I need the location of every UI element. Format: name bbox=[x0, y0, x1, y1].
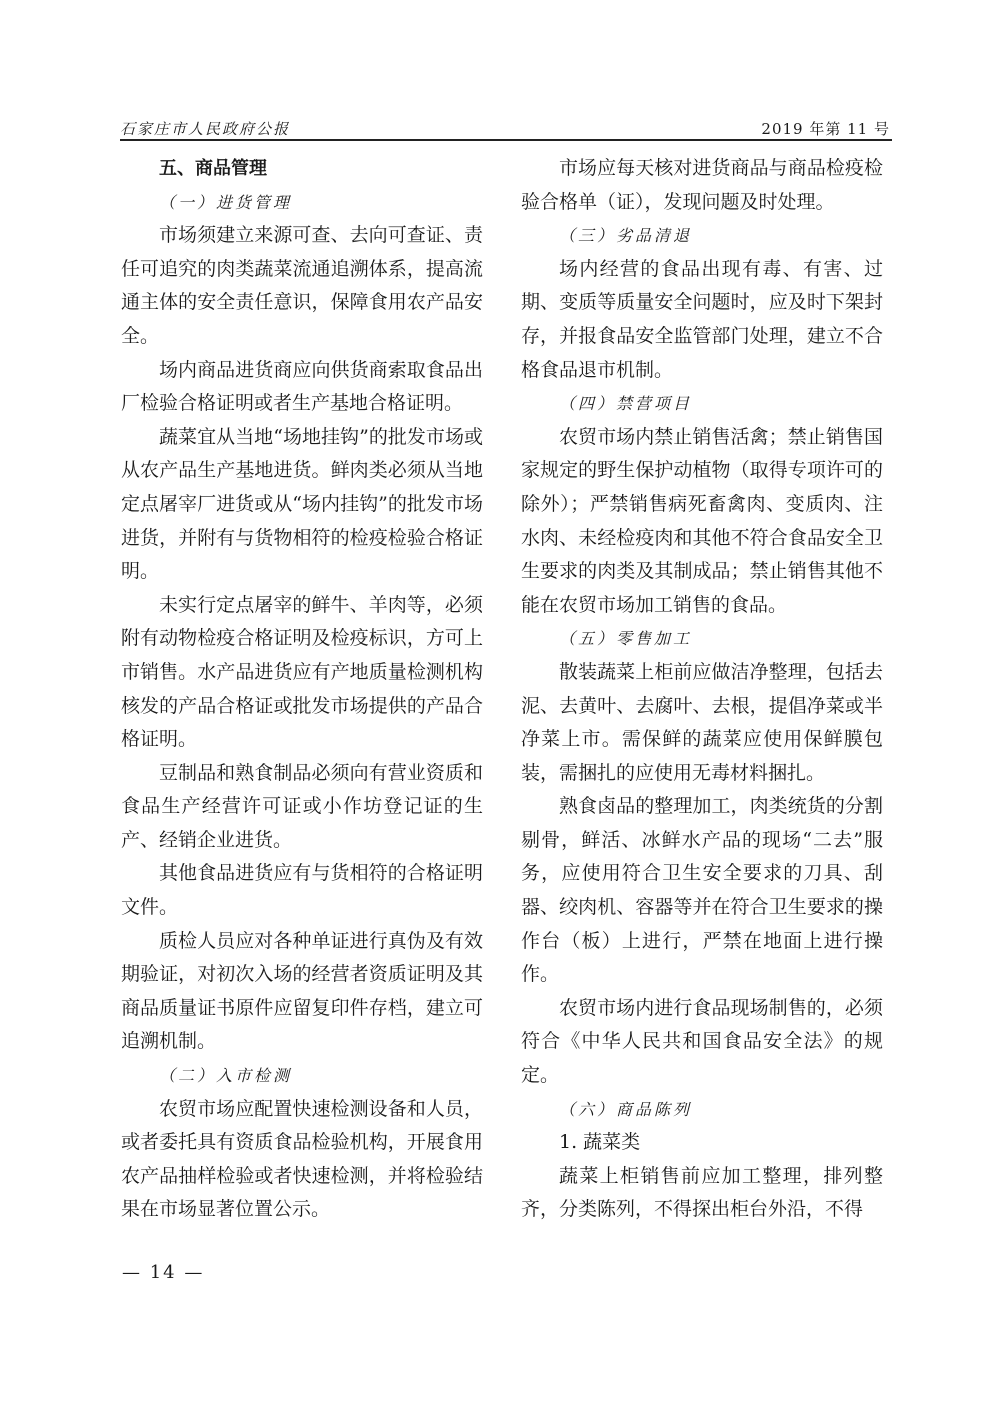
paragraph: 蔬菜宜从当地“场地挂钩”的批发市场或从农产品生产基地进货。鲜肉类必须从当地定点屠… bbox=[121, 421, 483, 589]
page-number: — 14 — bbox=[122, 1262, 204, 1283]
item-title-vegetables: 1. 蔬菜类 bbox=[521, 1126, 883, 1160]
paragraph: 市场须建立来源可查、去向可查证、责任可追究的肉类蔬菜流通追溯体系，提高流通主体的… bbox=[121, 219, 483, 353]
paragraph: 质检人员应对各种单证进行真伪及有效期验证，对初次入场的经营者资质证明及其商品质量… bbox=[121, 925, 483, 1059]
subsection-title-inspection: （二）入市检测 bbox=[121, 1059, 483, 1093]
left-column: 五、商品管理 （一）进货管理 市场须建立来源可查、去向可查证、责任可追究的肉类蔬… bbox=[121, 152, 483, 1227]
paragraph: 蔬菜上柜销售前应加工整理，排列整齐，分类陈列，不得探出柜台外沿，不得 bbox=[521, 1160, 883, 1227]
page-header: 石家庄市人民政府公报 2019 年第 11 号 bbox=[120, 114, 890, 142]
paragraph: 场内商品进货商应向供货商索取食品出厂检验合格证明或者生产基地合格证明。 bbox=[121, 354, 483, 421]
paragraph: 未实行定点屠宰的鲜牛、羊肉等，必须附有动物检疫合格证明及检疫标识，方可上市销售。… bbox=[121, 589, 483, 757]
header-divider bbox=[120, 139, 892, 141]
subsection-title-retail: （五）零售加工 bbox=[521, 622, 883, 656]
section-title: 五、商品管理 bbox=[121, 152, 483, 186]
issue-number: 2019 年第 11 号 bbox=[761, 118, 890, 139]
paragraph: 熟食卤品的整理加工，肉类统货的分割剔骨，鲜活、冰鲜水产品的现场“二去”服务，应使… bbox=[521, 790, 883, 992]
subsection-title-prohibited: （四）禁营项目 bbox=[521, 387, 883, 421]
paragraph: 农贸市场内禁止销售活禽；禁止销售国家规定的野生保护动植物（取得专项许可的除外）；… bbox=[521, 421, 883, 623]
paragraph: 农贸市场应配置快速检测设备和人员，或者委托具有资质食品检验机构，开展食用农产品抽… bbox=[121, 1093, 483, 1227]
paragraph: 豆制品和熟食制品必须向有营业资质和食品生产经营许可证或小作坊登记证的生产、经销企… bbox=[121, 757, 483, 858]
right-column: 市场应每天核对进货商品与商品检疫检验合格单（证），发现问题及时处理。 （三）劣品… bbox=[521, 152, 883, 1227]
paragraph: 散装蔬菜上柜前应做洁净整理，包括去泥、去黄叶、去腐叶、去根，提倡净菜或半净菜上市… bbox=[521, 656, 883, 790]
paragraph: 农贸市场内进行食品现场制售的，必须符合《中华人民共和国食品安全法》的规定。 bbox=[521, 992, 883, 1093]
subsection-title-display: （六）商品陈列 bbox=[521, 1093, 883, 1127]
subsection-title-recall: （三）劣品清退 bbox=[521, 219, 883, 253]
paragraph: 市场应每天核对进货商品与商品检疫检验合格单（证），发现问题及时处理。 bbox=[521, 152, 883, 219]
subsection-title-purchase: （一）进货管理 bbox=[121, 186, 483, 220]
publication-title: 石家庄市人民政府公报 bbox=[120, 118, 290, 139]
paragraph: 场内经营的食品出现有毒、有害、过期、变质等质量安全问题时，应及时下架封存，并报食… bbox=[521, 253, 883, 387]
paragraph: 其他食品进货应有与货相符的合格证明文件。 bbox=[121, 857, 483, 924]
